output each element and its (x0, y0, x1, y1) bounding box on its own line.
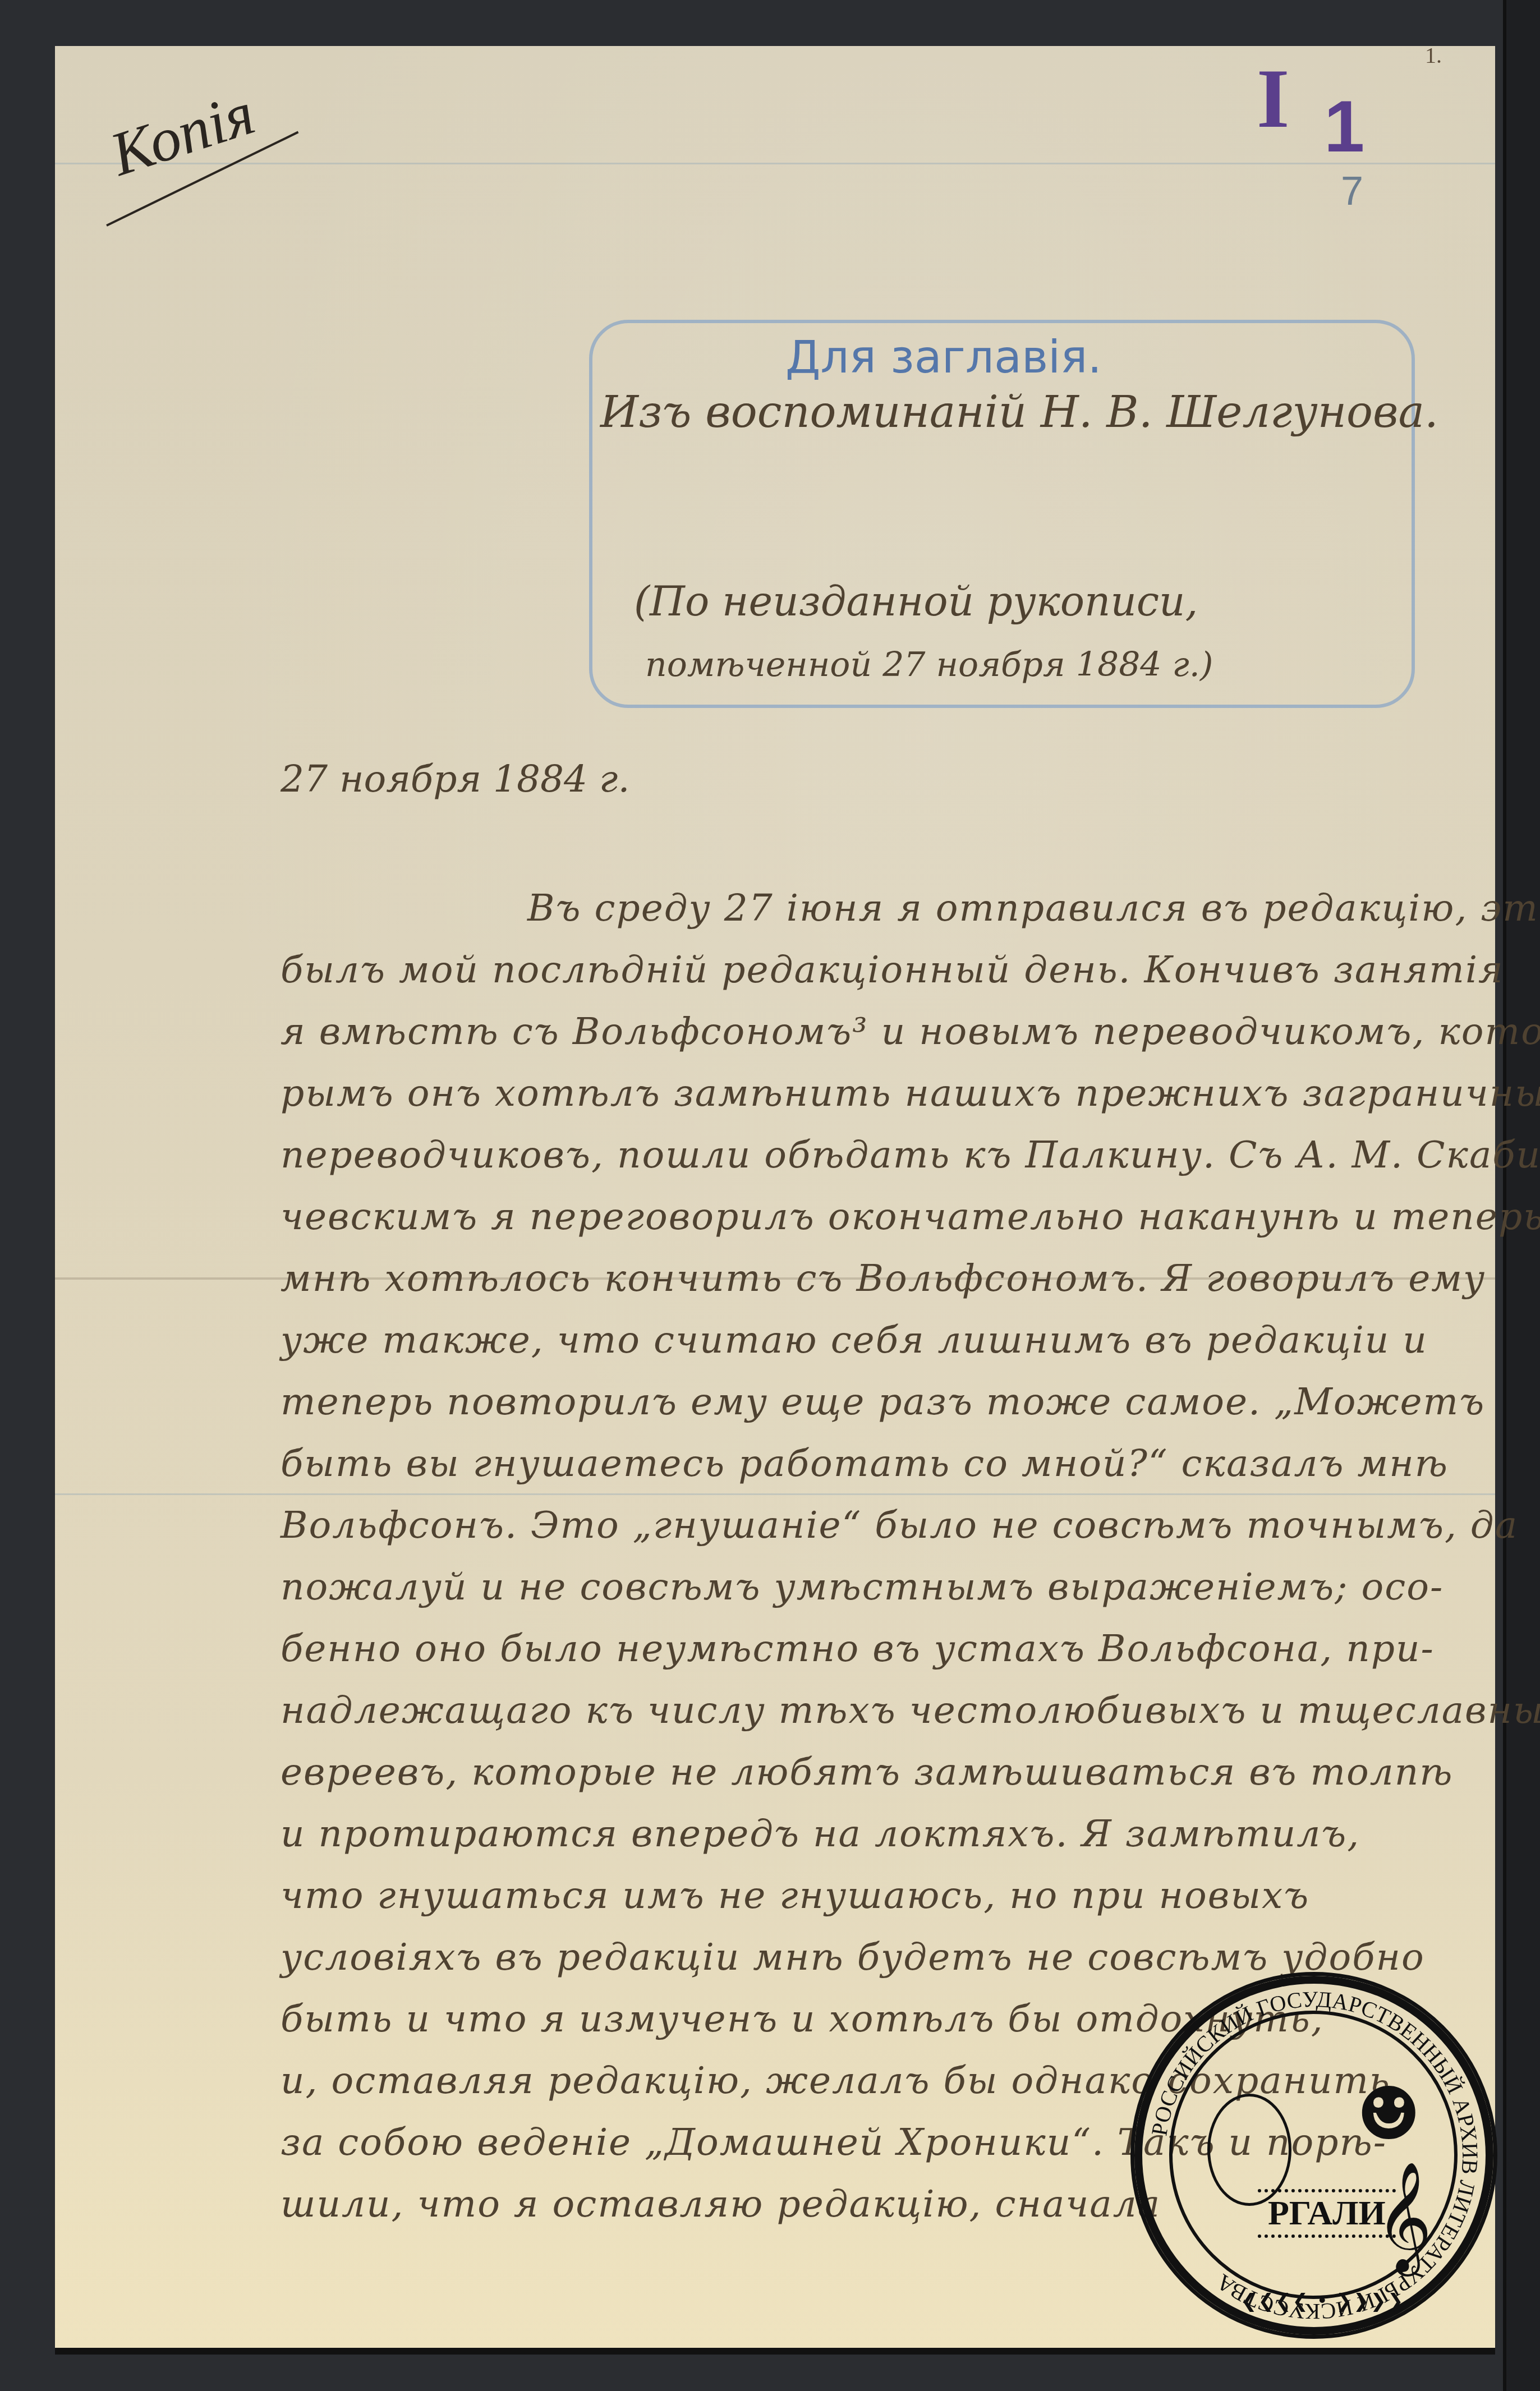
stamp-center-label: РГАЛИ (1258, 2189, 1396, 2238)
ruled-line (55, 163, 1495, 164)
document-subtitle-line-2: помѣченной 27 ноября 1884 г.) (645, 645, 1213, 684)
laurel-icon: ❮❮❮❮ • ❯❯❯❯ (1241, 2290, 1405, 2312)
pencil-number: 7 (1341, 168, 1363, 214)
body-line: Вольфсонъ. Это „гнушаніе“ было не совсѣм… (281, 1503, 1518, 1547)
body-line: бенно оно было неумѣстно въ устахъ Вольф… (281, 1627, 1435, 1670)
body-line: условіяхъ въ редакціи мнѣ будетъ не совс… (281, 1935, 1425, 1979)
date-heading: 27 ноября 1884 г. (281, 757, 629, 801)
body-line: теперь повторилъ ему еще разъ тоже самое… (281, 1380, 1485, 1423)
body-line: уже также, что считаю себя лишнимъ въ ре… (281, 1318, 1428, 1362)
stamp-ring-text: РОССИЙСКИЙ ГОСУДАРСТВЕННЫЙ АРХИВ ЛИТЕРАТ… (1134, 1976, 1493, 2335)
body-line: и протираются впередъ на локтяхъ. Я замѣ… (281, 1812, 1360, 1855)
archival-folio-mark: 1 (1324, 84, 1364, 168)
archive-stamp: РОССИЙСКИЙ ГОСУДАРСТВЕННЫЙ АРХИВ ЛИТЕРАТ… (1130, 1972, 1497, 2339)
corner-folio-number: 1. (1425, 42, 1442, 68)
body-line: переводчиковъ, пошли обѣдать къ Палкину.… (281, 1133, 1540, 1176)
body-line: быть вы гнушаетесь работать со мной?“ ск… (281, 1442, 1449, 1485)
body-line: мнѣ хотѣлось кончить съ Вольфсономъ. Я г… (281, 1257, 1486, 1300)
body-line: я вмѣстѣ съ Вольфсономъ³ и новымъ перево… (281, 1010, 1540, 1053)
svg-text:РОССИЙСКИЙ ГОСУДАРСТВЕННЫЙ АРХ: РОССИЙСКИЙ ГОСУДАРСТВЕННЫЙ АРХИВ ЛИТЕРАТ… (1146, 1987, 1483, 2324)
body-line: чевскимъ я переговорилъ окончательно нак… (281, 1195, 1540, 1238)
document-subtitle-line-1: (По неизданной рукописи, (634, 578, 1198, 625)
body-line: пожалуй и не совсѣмъ умѣстнымъ выраженіе… (281, 1565, 1444, 1608)
document-title: Изъ воспоминаній Н. В. Шелгунова. (600, 387, 1438, 438)
body-line: евреевъ, которые не любятъ замѣшиваться … (281, 1750, 1454, 1794)
body-line: надлежащаго къ числу тѣхъ честолюбивыхъ … (281, 1689, 1540, 1732)
theatre-mask-icon: ☻ (1356, 2071, 1422, 2157)
body-line: былъ мой послѣдній редакціонный день. Ко… (281, 948, 1504, 991)
archival-roman-mark: I (1257, 50, 1289, 147)
body-line: шили, что я оставляю редакцію, сначала (281, 2182, 1161, 2226)
body-line: Въ среду 27 іюня я отправился въ редакці… (527, 886, 1540, 930)
title-label: Для заглавія. (785, 331, 1102, 383)
ruled-line (55, 1493, 1495, 1495)
body-line: рымъ онъ хотѣлъ замѣнить нашихъ прежнихъ… (281, 1072, 1540, 1115)
body-line: что гнушаться имъ не гнушаюсь, но при но… (281, 1874, 1309, 1917)
